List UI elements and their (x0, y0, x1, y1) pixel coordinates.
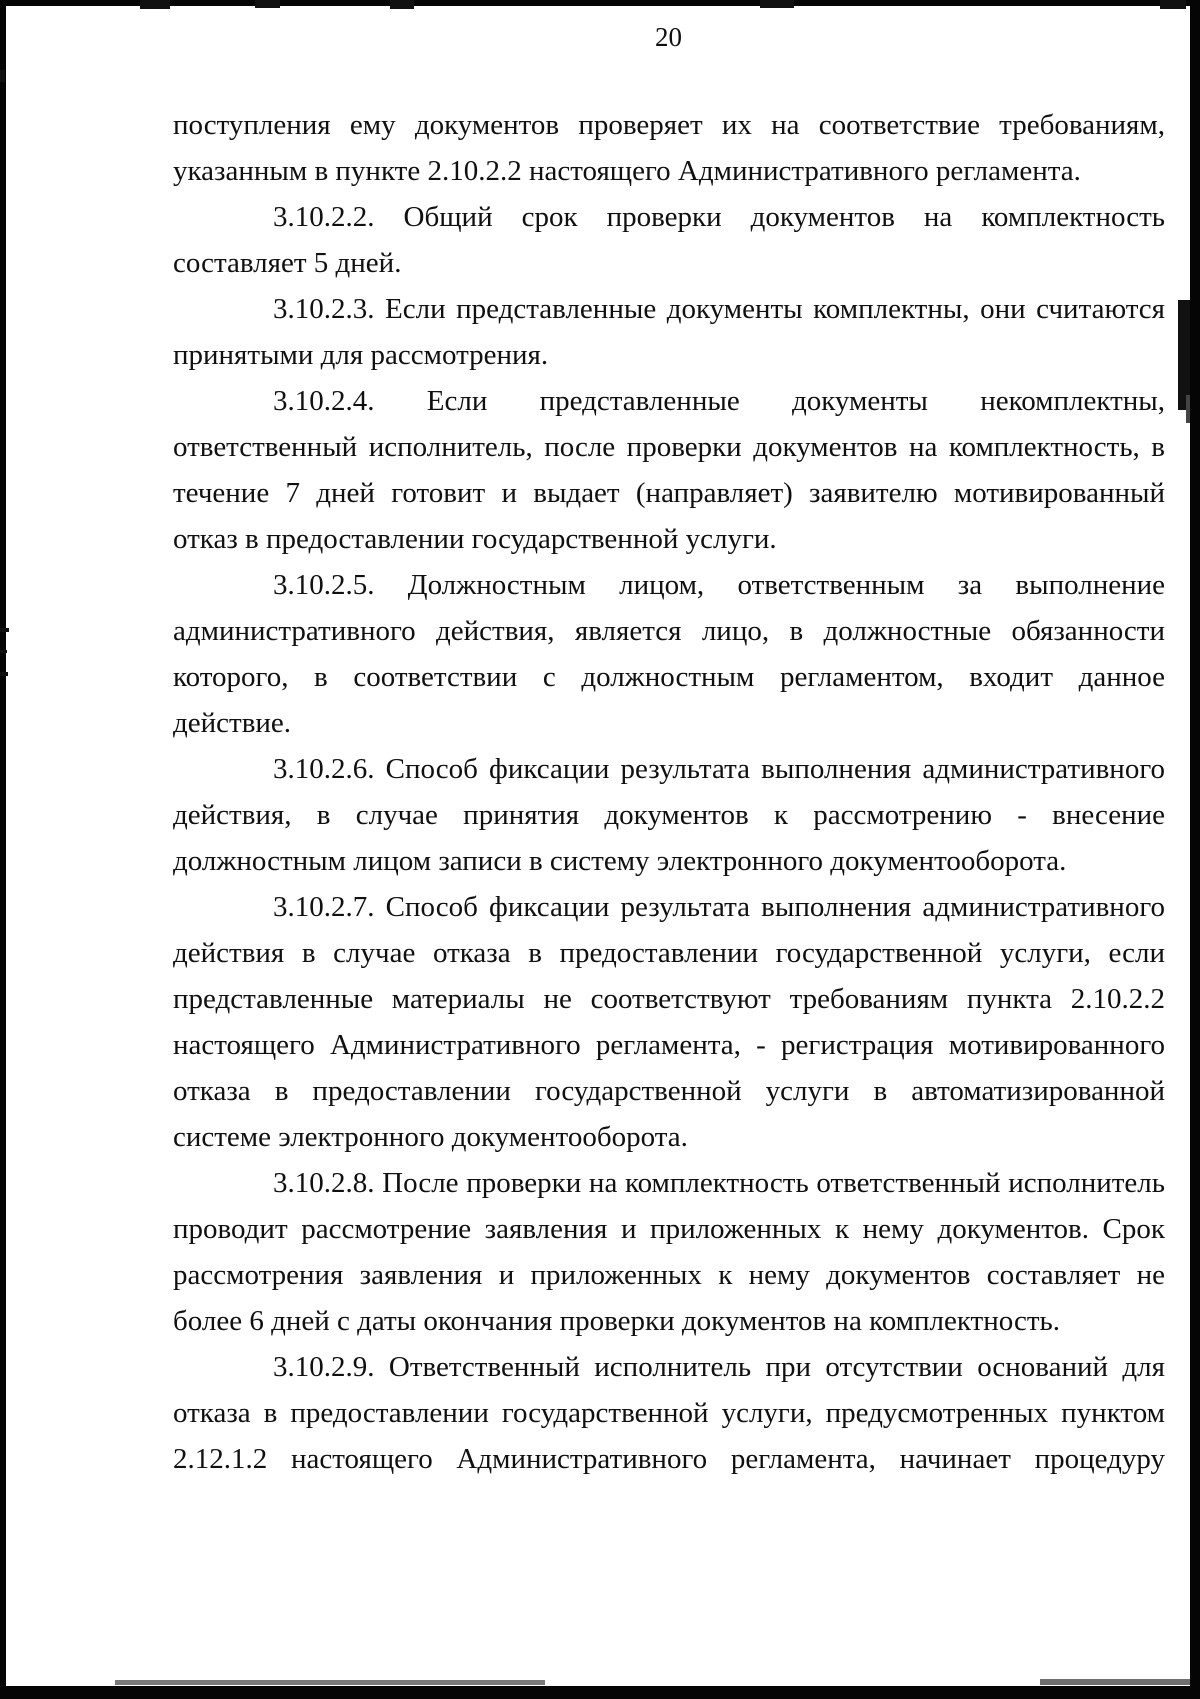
scan-artifact (140, 0, 170, 9)
text-line: 3.10.2.6. Способ фиксации результата вып… (173, 746, 1165, 792)
text-line: течение 7 дней готовит и выдает (направл… (173, 470, 1165, 516)
text-line: административного действия, является лиц… (173, 608, 1165, 654)
text-line: отказ в предоставлении государственной у… (173, 516, 1165, 562)
scan-artifact (760, 0, 794, 8)
text-line: действие. (173, 700, 1165, 746)
text-line: 3.10.2.4. Если представленные документы … (173, 378, 1165, 424)
scan-artifact (0, 70, 5, 82)
document-body: поступления ему документов проверяет их … (173, 102, 1165, 1482)
text-line: отказа в предоставлении государственной … (173, 1390, 1165, 1436)
text-line: поступления ему документов проверяет их … (173, 102, 1165, 148)
text-line: указанным в пункте 2.10.2.2 настоящего А… (173, 148, 1165, 194)
text-line: действия, в случае принятия документов к… (173, 792, 1165, 838)
scan-border-left (0, 0, 6, 1699)
text-line: принятыми для рассмотрения. (173, 332, 1165, 378)
text-line: 3.10.2.9. Ответственный исполнитель при … (173, 1344, 1165, 1390)
scan-border-bottom (0, 1686, 1200, 1699)
text-line: рассмотрения заявления и приложенных к н… (173, 1252, 1165, 1298)
scan-artifact (1040, 1679, 1190, 1685)
scan-artifact (0, 628, 9, 632)
text-line: 2.12.1.2 настоящего Административного ре… (173, 1436, 1165, 1482)
scan-artifact (115, 1680, 545, 1685)
text-line: отказа в предоставлении государственной … (173, 1068, 1165, 1114)
scan-artifact (1160, 0, 1186, 9)
text-line: 3.10.2.5. Должностным лицом, ответственн… (173, 562, 1165, 608)
scan-artifact (390, 0, 414, 9)
text-line: составляет 5 дней. (173, 240, 1165, 286)
scan-artifact (1186, 395, 1190, 423)
text-line: более 6 дней с даты окончания проверки д… (173, 1298, 1165, 1344)
text-line: представленные материалы не соответствую… (173, 976, 1165, 1022)
scan-artifact (0, 650, 7, 653)
scan-border-right (1190, 0, 1200, 1699)
scan-border-top (0, 0, 1200, 6)
text-line: должностным лицом записи в систему элект… (173, 838, 1165, 884)
page-number: 20 (655, 22, 682, 52)
text-line: 3.10.2.2. Общий срок проверки документов… (173, 194, 1165, 240)
text-line: 3.10.2.8. После проверки на комплектност… (173, 1160, 1165, 1206)
scan-artifact (255, 0, 280, 8)
text-line: 3.10.2.3. Если представленные документы … (173, 286, 1165, 332)
scanned-page: 20 поступления ему документов проверяет … (0, 0, 1200, 1699)
text-line: системе электронного документооборота. (173, 1114, 1165, 1160)
text-line: действия в случае отказа в предоставлени… (173, 930, 1165, 976)
text-line: 3.10.2.7. Способ фиксации результата вып… (173, 884, 1165, 930)
text-line: ответственный исполнитель, после проверк… (173, 424, 1165, 470)
text-line: настоящего Административного регламента,… (173, 1022, 1165, 1068)
scan-artifact (1178, 300, 1190, 410)
text-line: проводит рассмотрение заявления и прилож… (173, 1206, 1165, 1252)
scan-artifact (0, 672, 8, 676)
text-line: которого, в соответствии с должностным р… (173, 654, 1165, 700)
